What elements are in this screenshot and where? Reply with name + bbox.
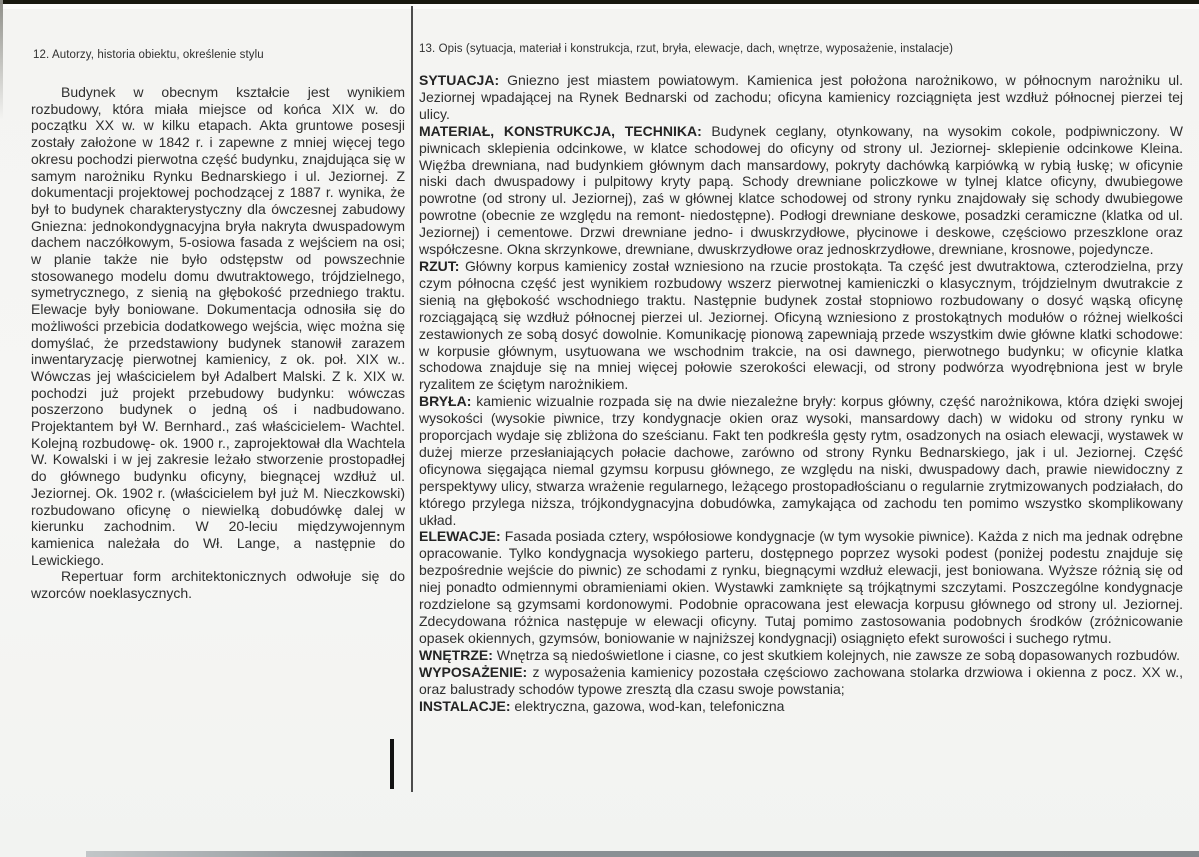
section-wnetrze: WNĘTRZE: Wnętrza są niedoświetlone i cia… [419, 647, 1183, 664]
bryla-text: kamienic wizualnie rozpada się na dwie n… [419, 393, 1183, 527]
section-material-konstrukcja: MATERIAŁ, KONSTRUKCJA, TECHNIKA: Budynek… [419, 123, 1183, 258]
history-paragraph-building: Budynek w obecnym kształcie jest wynikie… [31, 84, 405, 568]
column-divider-line [411, 6, 413, 792]
section-bryla: BRYŁA: kamienic wizualnie rozpada się na… [419, 393, 1183, 528]
scan-top-highlight [0, 4, 1199, 9]
material-label: MATERIAŁ, KONSTRUKCJA, TECHNIKA: [419, 123, 702, 139]
rzut-text: Główny korpus kamienicy został wzniesion… [419, 258, 1183, 392]
section-12-header: 12. Autorzy, historia obiektu, określeni… [33, 48, 405, 62]
wyposazenie-label: WYPOSAŻENIE: [419, 664, 527, 680]
sytuacja-text: Gniezno jest miastem powiatowym. Kamieni… [419, 72, 1183, 122]
section-elewacje: ELEWACJE: Fasada posiada cztery, współos… [419, 528, 1183, 646]
instalacje-text: elektryczna, gazowa, wod-kan, telefonicz… [514, 698, 784, 714]
scan-left-edge [0, 0, 3, 120]
section-wyposazenie: WYPOSAŻENIE: z wyposażenia kamienicy poz… [419, 664, 1183, 698]
elewacje-text: Fasada posiada cztery, współosiowe kondy… [419, 528, 1183, 645]
section-sytuacja: SYTUACJA: Gniezno jest miastem powiatowy… [419, 72, 1183, 123]
rzut-label: RZUT: [419, 258, 459, 274]
wnetrze-label: WNĘTRZE: [419, 647, 493, 663]
section-instalacje: INSTALACJE: elektryczna, gazowa, wod-kan… [419, 698, 1183, 715]
section-13-column: 13. Opis (sytuacja, materiał i konstrukc… [419, 42, 1183, 714]
history-paragraph-style: Repertuar form architektonicznych odwołu… [31, 568, 405, 601]
wyposazenie-text: z wyposażenia kamienicy pozostała części… [419, 664, 1183, 697]
sytuacja-label: SYTUACJA: [419, 72, 499, 88]
scan-bottom-edge [86, 851, 1199, 857]
section-12-column: 12. Autorzy, historia obiektu, określeni… [31, 48, 405, 602]
wnetrze-text: Wnętrza są niedoświetlone i ciasne, co j… [497, 647, 1180, 663]
elewacje-label: ELEWACJE: [419, 528, 501, 544]
scan-artifact-mark [390, 739, 394, 789]
section-rzut: RZUT: Główny korpus kamienicy został wzn… [419, 258, 1183, 393]
instalacje-label: INSTALACJE: [419, 698, 511, 714]
scanned-document-page: 12. Autorzy, historia obiektu, określeni… [0, 0, 1199, 857]
material-text: Budynek ceglany, otynkowany, na wysokim … [419, 123, 1183, 257]
bryla-label: BRYŁA: [419, 393, 471, 409]
section-13-header: 13. Opis (sytuacja, materiał i konstrukc… [419, 42, 1183, 56]
